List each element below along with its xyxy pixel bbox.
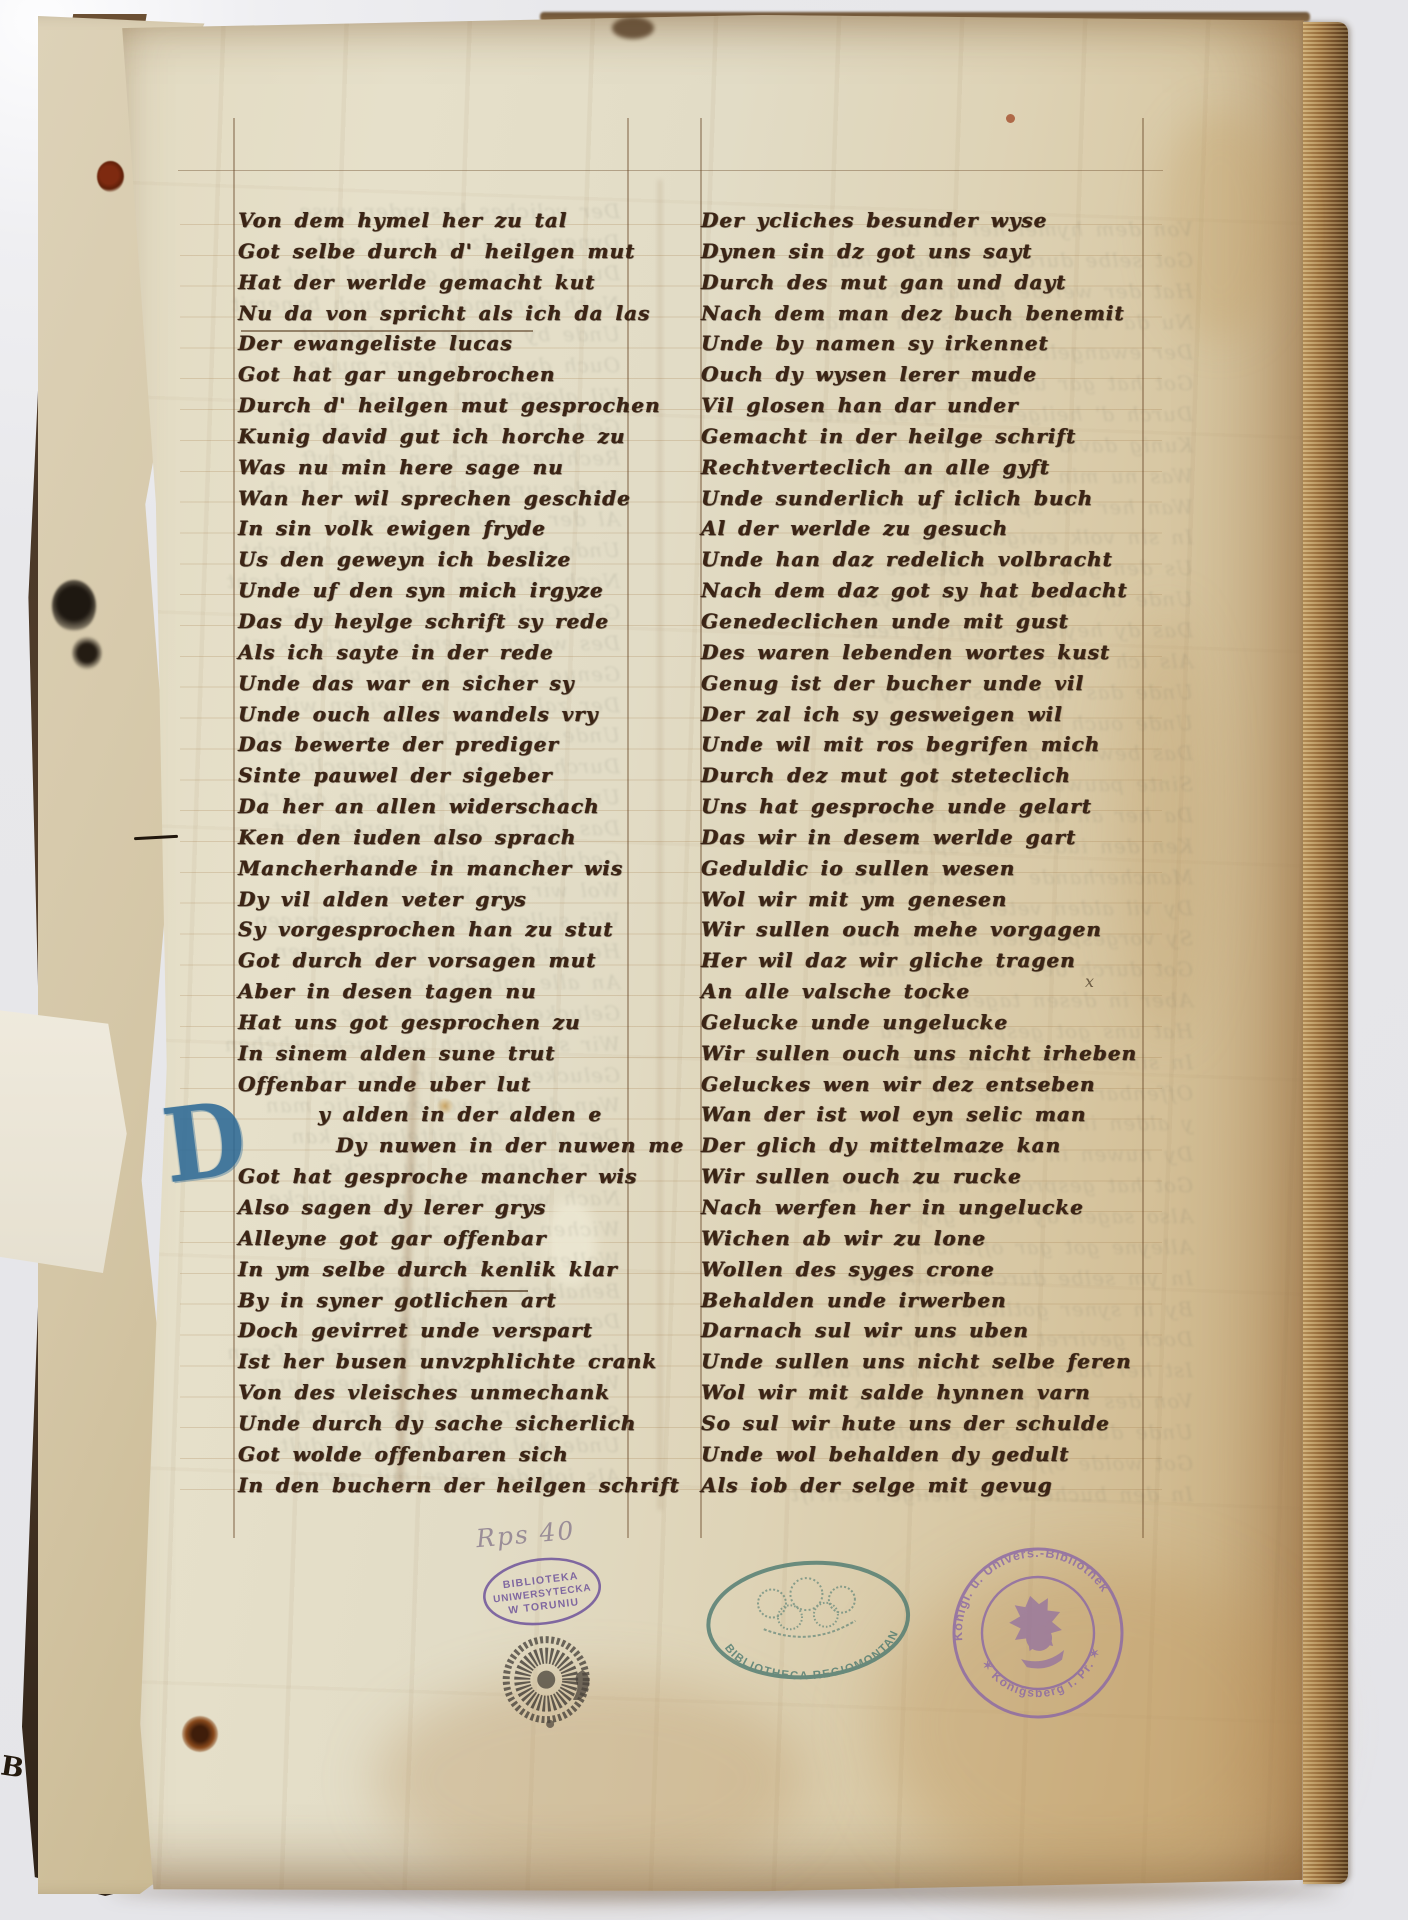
- manuscript-line: Durch d' heilgen mut gesprochen: [238, 390, 633, 421]
- manuscript-line: Ist her busen unvzphlichte crank: [238, 1346, 633, 1377]
- manuscript-line: Der ycliches besunder wyse: [701, 205, 1151, 236]
- manuscript-line: In den buchern der heilgen schrift: [238, 1470, 633, 1501]
- manuscript-line: Unde sullen uns nicht selbe feren: [701, 1346, 1151, 1377]
- koenigsberg-library-stamp: Königl. u. Univers.-Bibliothek ✶ Königsb…: [931, 1526, 1144, 1739]
- manuscript-line: Al der werlde zu gesuch: [701, 513, 1151, 544]
- manuscript-line: Durch des mut gan und dayt: [701, 267, 1151, 298]
- manuscript-line: Der zal ich sy gesweigen wil: [701, 699, 1151, 730]
- top-ruling: [178, 170, 1163, 171]
- manuscript-line: Gelucke unde ungelucke: [701, 1007, 1151, 1038]
- right-text-column: Der ycliches besunder wyseDynen sin dz g…: [701, 205, 1151, 1500]
- manuscript-line: Was nu min here sage nu: [238, 452, 633, 483]
- manuscript-line: Genug ist der bucher unde vil: [701, 668, 1151, 699]
- manuscript-line: Unde uf den syn mich irgyze: [238, 575, 633, 606]
- manuscript-line: By in syner gotlichen art: [238, 1285, 633, 1316]
- manuscript-line: Durch dez mut got steteclich: [701, 760, 1151, 791]
- manuscript-line: Von des vleisches unmechank: [238, 1377, 633, 1408]
- manuscript-line: Der glich dy mittelmaze kan: [701, 1130, 1151, 1161]
- manuscript-line: In ym selbe durch kenlik klar: [238, 1254, 633, 1285]
- manuscript-line: Behalden unde irwerben: [701, 1285, 1151, 1316]
- stamp-text: BIBLIOTHECA REGIOMONTANA: [689, 1548, 904, 1690]
- corner-letter-fragment: B: [0, 1750, 26, 1784]
- manuscript-line: Doch gevirret unde verspart: [238, 1315, 633, 1346]
- manuscript-line: Mancherhande in mancher wis: [238, 853, 633, 884]
- manuscript-line: Ouch dy wysen lerer mude: [701, 359, 1151, 390]
- page-crease: [658, 180, 662, 1510]
- manuscript-line: Nach werfen her in ungelucke: [701, 1192, 1151, 1223]
- manuscript-line: Offenbar unde uber lut: [238, 1069, 633, 1100]
- manuscript-line: Us den geweyn ich beslize: [238, 544, 633, 575]
- manuscript-line: Wol wir mit salde hynnen varn: [701, 1377, 1151, 1408]
- manuscript-line: Dynen sin dz got uns sayt: [701, 236, 1151, 267]
- manuscript-line: Der ewangeliste lucas: [238, 328, 633, 359]
- manuscript-line: Geluckes wen wir dez entseben: [701, 1069, 1151, 1100]
- manuscript-line: Das dy heylge schrift sy rede: [238, 606, 633, 637]
- manuscript-line: Also sagen dy lerer grys: [238, 1192, 633, 1223]
- manuscript-line: Wichen ab wir zu lone: [701, 1223, 1151, 1254]
- regiomontana-library-stamp: BIBLIOTHECA REGIOMONTANA: [689, 1548, 929, 1714]
- manuscript-line: An alle valsche tocke: [701, 976, 1151, 1007]
- manuscript-line: In sinem alden sune trut: [238, 1038, 633, 1069]
- vertical-ruling: [233, 118, 235, 1538]
- manuscript-line: Got selbe durch d' heilgen mut: [238, 236, 633, 267]
- manuscript-line: Da her an allen widerschach: [238, 791, 633, 822]
- manuscript-line: Des waren lebenden wortes kust: [701, 637, 1151, 668]
- manuscript-line: Als ich sayte in der rede: [238, 637, 633, 668]
- manuscript-line: Unde sunderlich uf iclich buch: [701, 483, 1151, 514]
- manuscript-line: Unde wil mit ros begrifen mich: [701, 729, 1151, 760]
- manuscript-line: Wol wir mit ym genesen: [701, 884, 1151, 915]
- manuscript-line: Wan her wil sprechen geschide: [238, 483, 633, 514]
- ink-stain: [52, 580, 96, 632]
- manuscript-line: Aber in desen tagen nu: [238, 976, 633, 1007]
- manuscript-line: Unde wol behalden dy gedult: [701, 1439, 1151, 1470]
- manuscript-line: Got wolde offenbaren sich: [238, 1439, 633, 1470]
- manuscript-line: Kunig david gut ich horche zu: [238, 421, 633, 452]
- manuscript-line: Unde durch dy sache sicherlich: [238, 1408, 633, 1439]
- manuscript-line: Hat uns got gesprochen zu: [238, 1007, 633, 1038]
- manuscript-line: Dy nuwen in der nuwen me: [238, 1130, 633, 1161]
- manuscript-line: In sin volk ewigen fryde: [238, 513, 633, 544]
- manuscript-line: Vil glosen han dar under: [701, 390, 1151, 421]
- manuscript-line: Ken den iuden also sprach: [238, 822, 633, 853]
- svg-text:BIBLIOTHECA REGIOMONTANA: BIBLIOTHECA REGIOMONTANA: [689, 1548, 904, 1690]
- margin-cross-mark: x: [1085, 972, 1094, 991]
- manuscript-line: Unde han daz redelich volbracht: [701, 544, 1151, 575]
- illuminated-initial: D: [158, 1088, 251, 1199]
- manuscript-line: Wir sullen ouch mehe vorgagen: [701, 914, 1151, 945]
- manuscript-line: Nach dem man dez buch benemit: [701, 298, 1151, 329]
- manuscript-line: Das wir in desem werlde gart: [701, 822, 1151, 853]
- manuscript-line: y alden in der alden e: [238, 1099, 633, 1130]
- round-seal-stamp: [492, 1624, 609, 1741]
- manuscript-line: Nu da von spricht als ich da las: [238, 298, 633, 329]
- manuscript-line: Wan der ist wol eyn selic man: [701, 1099, 1151, 1130]
- manuscript-line: Darnach sul wir uns uben: [701, 1315, 1151, 1346]
- manuscript-line: Gemacht in der heilge schrift: [701, 421, 1151, 452]
- manuscript-line: Her wil daz wir gliche tragen: [701, 945, 1151, 976]
- manuscript-line: Wollen des syges crone: [701, 1254, 1151, 1285]
- manuscript-line: Das bewerte der prediger: [238, 729, 633, 760]
- manuscript-line: Als iob der selge mit gevug: [701, 1470, 1151, 1501]
- scribal-underline: [468, 1290, 528, 1292]
- left-text-column: Von dem hymel her zu talGot selbe durch …: [238, 205, 633, 1500]
- ink-stain: [72, 636, 102, 670]
- manuscript-line: Uns hat gesproche unde gelart: [701, 791, 1151, 822]
- manuscript-line: Unde das war en sicher sy: [238, 668, 633, 699]
- manuscript-line: Wir sullen ouch zu rucke: [701, 1161, 1151, 1192]
- manuscript-line: Dy vil alden veter grys: [238, 884, 633, 915]
- manuscript-line: So sul wir hute uns der schulde: [701, 1408, 1151, 1439]
- manuscript-photo: Der ycliches besunder wyseDynen sin dz g…: [0, 0, 1408, 1920]
- manuscript-line: Geduldic io sullen wesen: [701, 853, 1151, 884]
- manuscript-line: Genedeclichen unde mit gust: [701, 606, 1151, 637]
- manuscript-line: Alleyne got gar offenbar: [238, 1223, 633, 1254]
- manuscript-line: Unde by namen sy irkennet: [701, 328, 1151, 359]
- manuscript-line: Hat der werlde gemacht kut: [238, 267, 633, 298]
- manuscript-line: Von dem hymel her zu tal: [238, 205, 633, 236]
- manuscript-line: Sy vorgesprochen han zu stut: [238, 914, 633, 945]
- manuscript-line: Sinte pauwel der sigeber: [238, 760, 633, 791]
- manuscript-line: Unde ouch alles wandels vry: [238, 699, 633, 730]
- manuscript-line: Rechtverteclich an alle gyft: [701, 452, 1151, 483]
- manuscript-line: Wir sullen ouch uns nicht irheben: [701, 1038, 1151, 1069]
- manuscript-line: Nach dem daz got sy hat bedacht: [701, 575, 1151, 606]
- book-fore-edge: [1303, 22, 1348, 1884]
- manuscript-line: Got hat gar ungebrochen: [238, 359, 633, 390]
- scribal-underline: [241, 330, 533, 332]
- manuscript-line: Got hat gesproche mancher wis: [238, 1161, 633, 1192]
- manuscript-line: Got durch der vorsagen mut: [238, 945, 633, 976]
